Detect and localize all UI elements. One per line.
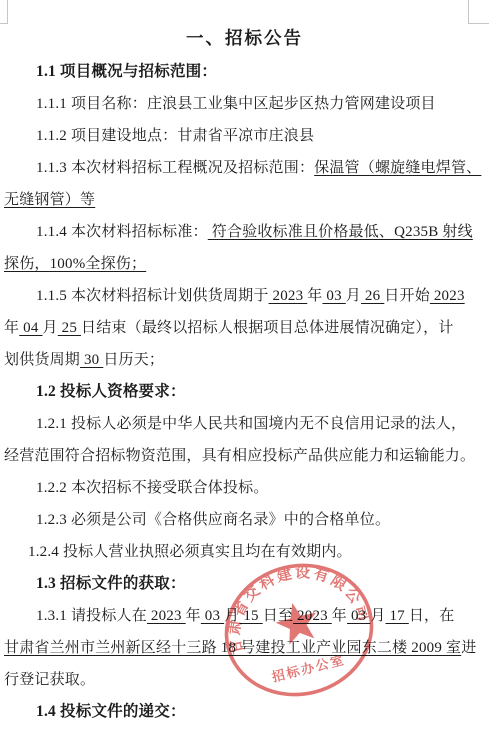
text-segment: 1.1.2 项目建设地点：甘肃省平凉市庄浪县 [36, 128, 314, 144]
text-segment: 划供货周期 [4, 352, 80, 368]
text-segment: 1.2.4 投标人营业执照必须真实且均在有效期内。 [28, 544, 352, 560]
text-line: 1.2.2 本次招标不接受联合体投标。 [4, 472, 484, 504]
text-segment: 1.2 投标人资格要求： [36, 383, 186, 400]
text-segment: 日开始 [384, 288, 430, 304]
text-segment: 年 [186, 608, 201, 624]
text-line: 1.3 招标文件的获取： [4, 568, 484, 600]
page-corner-mark-left [0, 0, 8, 24]
underlined-text-segment: 17 [386, 608, 409, 624]
text-segment: 月 [346, 288, 361, 304]
underlined-text-segment: 2023 [293, 608, 332, 624]
underlined-text-segment: 2023 [269, 288, 308, 304]
text-line: 无缝钢管）等 [4, 184, 484, 216]
text-segment: 年 [4, 320, 19, 336]
underlined-text-segment: 03 [322, 288, 345, 304]
text-segment: 月 [43, 320, 58, 336]
text-segment: 1.3.1 请投标人在 [36, 608, 147, 624]
text-segment: 年 [307, 288, 322, 304]
underlined-text-segment: 26 [361, 288, 384, 304]
text-segment: 进 [461, 640, 476, 656]
underlined-text-segment: 符合验收标准且价格最低、Q235B 射线 [208, 224, 473, 240]
text-segment: 1.1.4 本次材料招标标准： [36, 224, 208, 240]
text-line: 探伤，100%全探伤； [4, 248, 484, 280]
text-segment: 行登记获取。 [4, 672, 95, 688]
underlined-text-segment: 探伤，100%全探伤； [4, 256, 146, 272]
text-segment: 1.4 投标文件的递交： [36, 703, 186, 720]
text-segment: 月 [224, 608, 239, 624]
text-line: 划供货周期 30 日历天； [4, 344, 484, 376]
underlined-text-segment: 30 [80, 352, 103, 368]
underlined-text-segment: 04 [19, 320, 42, 336]
page-corner-mark-right [468, 0, 489, 24]
text-line: 1.1.2 项目建设地点：甘肃省平凉市庄浪县 [4, 120, 484, 152]
text-line: 1.1 项目概况与招标范围： [4, 56, 484, 88]
text-line: 1.2.3 必须是公司《合格供应商名录》中的合格单位。 [4, 504, 484, 536]
text-line: 行登记获取。 [4, 664, 484, 696]
underlined-text-segment: 2023 [147, 608, 186, 624]
underlined-text-segment: 保温管（螺旋缝电焊管、 [314, 160, 481, 176]
text-segment: 年 [332, 608, 347, 624]
document-page: 一、招标公告 1.1 项目概况与招标范围：1.1.1 项目名称：庄浪县工业集中区… [0, 0, 489, 733]
text-segment: 1.2.3 必须是公司《合格供应商名录》中的合格单位。 [36, 512, 390, 528]
text-line: 1.1.5 本次材料招标计划供货周期于 2023 年 03 月 26 日开始 2… [4, 280, 484, 312]
text-line: 1.1.3 本次材料招标工程概况及招标范围：保温管（螺旋缝电焊管、 [4, 152, 484, 184]
text-line: 1.2 投标人资格要求： [4, 376, 484, 408]
underlined-text-segment: 2023 [430, 288, 465, 304]
text-segment: 1.2.1 投标人必须是中华人民共和国境内无不良信用记录的法人， [36, 416, 466, 432]
text-segment: 日结束（最终以招标人根据项目总体进展情况确定），计 [81, 320, 454, 336]
text-line: 1.4 投标文件的递交： [4, 696, 484, 728]
underlined-text-segment: 15 [239, 608, 262, 624]
underlined-text-segment: 25 [58, 320, 81, 336]
text-line: 甘肃省兰州市兰州新区经十三路 18 号建投工业产业园东二楼 2009 室进 [4, 632, 484, 664]
text-segment: 1.1 项目概况与招标范围： [36, 63, 217, 80]
underlined-text-segment: 03 [347, 608, 370, 624]
text-segment: 日历天； [103, 352, 164, 368]
text-segment: 1.1.5 本次材料招标计划供货周期于 [36, 288, 269, 304]
text-segment: 1.1.3 本次材料招标工程概况及招标范围： [36, 160, 314, 176]
text-line: 经营范围符合招标物资范围，具有相应投标产品供应能力和运输能力。 [4, 440, 484, 472]
text-line: 年 04 月 25 日结束（最终以招标人根据项目总体进展情况确定），计 [4, 312, 484, 344]
document-body: 1.1 项目概况与招标范围：1.1.1 项目名称：庄浪县工业集中区起步区热力管网… [4, 56, 484, 728]
text-segment: 日至 [263, 608, 293, 624]
text-line: 1.3.1 请投标人在 2023 年 03 月 15 日至 2023 年 03 … [4, 600, 484, 632]
underlined-text-segment: 无缝钢管）等 [4, 192, 95, 208]
page-title: 一、招标公告 [0, 0, 489, 50]
text-segment: 1.1.1 项目名称：庄浪县工业集中区起步区热力管网建设项目 [36, 96, 436, 112]
text-line: 1.1.4 本次材料招标标准： 符合验收标准且价格最低、Q235B 射线 [4, 216, 484, 248]
text-segment: 1.3 招标文件的获取： [36, 575, 186, 592]
text-line: 1.2.1 投标人必须是中华人民共和国境内无不良信用记录的法人， [4, 408, 484, 440]
text-segment: 月 [370, 608, 385, 624]
text-segment: 经营范围符合招标物资范围，具有相应投标产品供应能力和运输能力。 [4, 448, 475, 464]
text-line: 1.2.4 投标人营业执照必须真实且均在有效期内。 [4, 536, 484, 568]
underlined-text-segment: 甘肃省兰州市兰州新区经十三路 18 号建投工业产业园东二楼 2009 室 [4, 640, 461, 656]
text-line: 1.1.1 项目名称：庄浪县工业集中区起步区热力管网建设项目 [4, 88, 484, 120]
underlined-text-segment: 03 [201, 608, 224, 624]
text-segment: 日，在 [409, 608, 455, 624]
text-segment: 1.2.2 本次招标不接受联合体投标。 [36, 480, 269, 496]
